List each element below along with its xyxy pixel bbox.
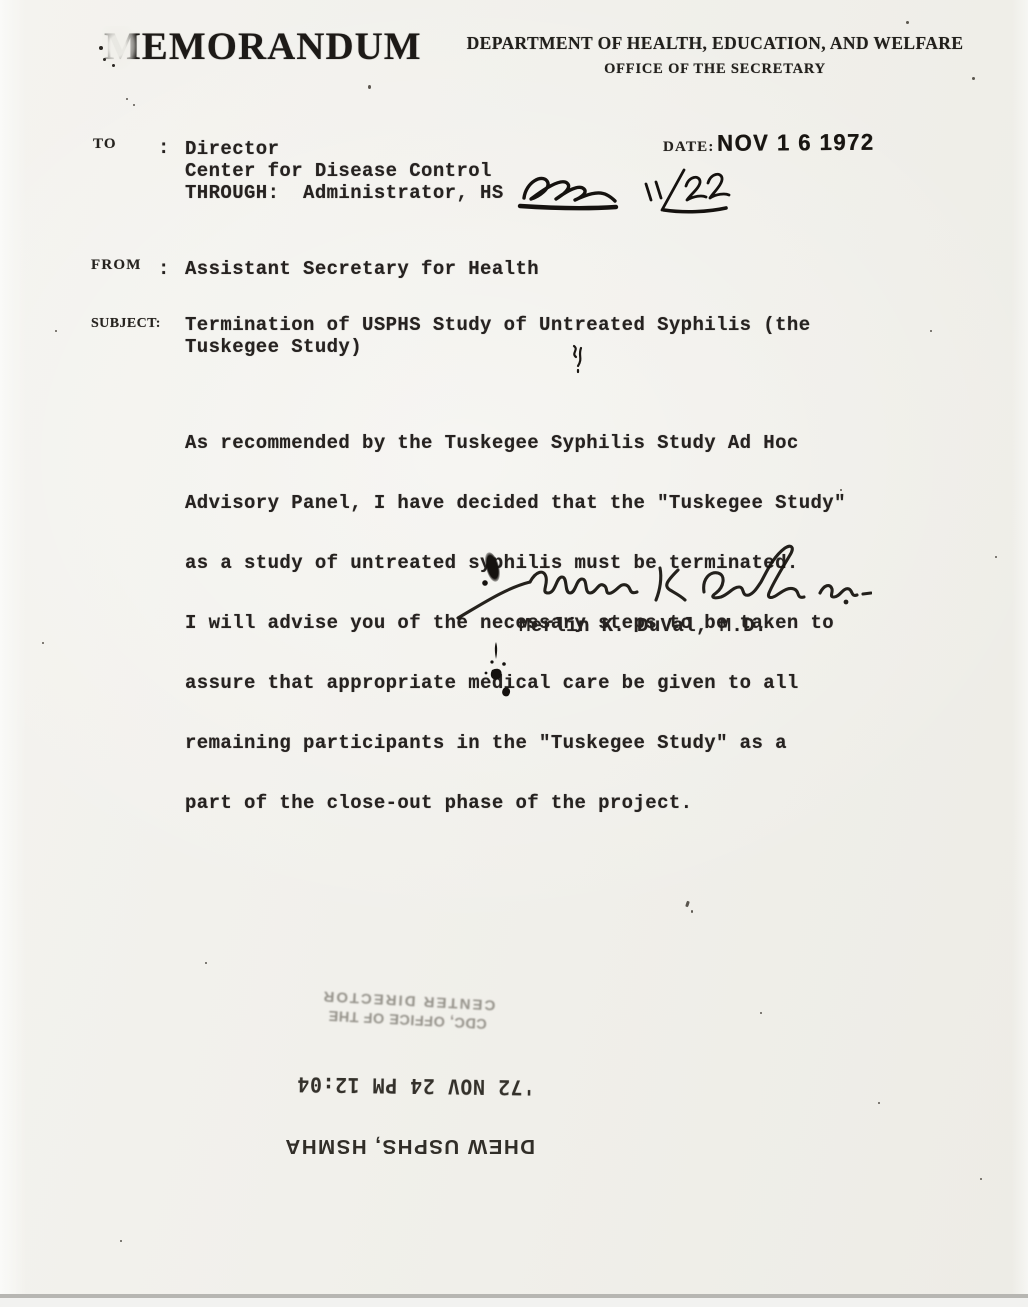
received-stamp-agency: DHEW USPHS, HSMHA: [287, 1134, 535, 1158]
letterhead: DEPARTMENT OF HEALTH, EDUCATION, AND WEL…: [455, 33, 975, 78]
body-line: As recommended by the Tuskegee Syphilis …: [185, 433, 846, 453]
typed-signature-name: Merlin K. DuVal, M.D.: [519, 615, 767, 637]
scan-edge-right: [1012, 0, 1028, 1307]
to-label: TO: [93, 136, 117, 153]
subject-line-2: Tuskegee Study): [185, 336, 362, 358]
ink-splatter: [482, 640, 522, 706]
to-organization: Center for Disease Control: [185, 160, 492, 182]
received-stamp-office: CDC, OFFICE OF THE CENTER DIRECTOR: [297, 986, 519, 1032]
from-label: FROM: [91, 257, 142, 274]
scan-edge-left: [0, 0, 26, 1307]
memo-title: MEMORANDUM: [104, 24, 422, 69]
stray-ink-mark: [568, 344, 590, 376]
date-label: DATE:: [663, 139, 715, 156]
body-line: remaining participants in the "Tuskegee …: [185, 733, 846, 753]
department-name: DEPARTMENT OF HEALTH, EDUCATION, AND WEL…: [455, 33, 975, 54]
through-handwritten-date: [636, 162, 732, 218]
from-colon: :: [158, 258, 170, 280]
body-line: part of the close-out phase of the proje…: [185, 793, 846, 813]
to-colon: :: [158, 137, 170, 159]
to-recipient: Director: [185, 138, 279, 160]
body-line: Advisory Panel, I have decided that the …: [185, 493, 846, 513]
from-value: Assistant Secretary for Health: [185, 258, 539, 280]
scan-edge-bottom: [0, 1298, 1028, 1307]
subject-line-1: Termination of USPHS Study of Untreated …: [185, 314, 811, 336]
memo-page: MEMORANDUM DEPARTMENT OF HEALTH, EDUCATI…: [0, 0, 1028, 1307]
subject-label: SUBJECT:: [91, 316, 161, 332]
date-stamp: NOV 1 6 1972: [717, 129, 875, 157]
through-line: THROUGH: Administrator, HS: [185, 182, 504, 204]
through-signature-scribble: [516, 168, 630, 216]
office-name: OFFICE OF THE SECRETARY: [455, 61, 975, 78]
received-stamp-datetime: '72 NOV 24 PM 12:04: [286, 1072, 546, 1100]
title-smudge-artifact: [102, 26, 136, 70]
